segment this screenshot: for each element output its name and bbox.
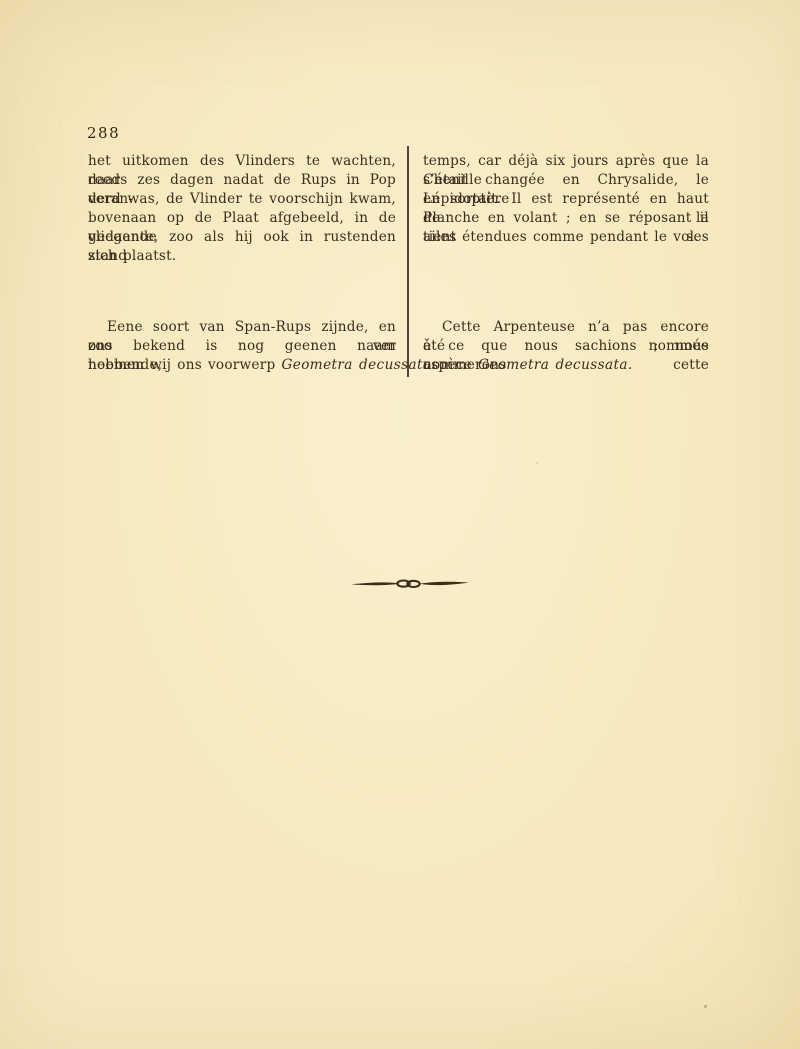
dust-speck <box>536 462 538 464</box>
right-paragraph-1: temps, car déjà six jours après que la C… <box>423 152 709 247</box>
text-line: ailes étendues comme pendant le vol. <box>423 228 709 247</box>
page-number: 288 <box>87 124 120 142</box>
left-paragraph-2: Eene soort van Span-Rups zijnde, en zoo … <box>88 318 396 375</box>
tailpiece-swash-ornament-icon <box>351 576 469 592</box>
text-line: Planche en volant ; en se réposant il ti… <box>423 209 709 228</box>
text-line: Eene soort van Span-Rups zijnde, en zoo … <box>88 318 396 337</box>
species-name-italic: Geometra decussata. <box>478 357 633 373</box>
text-segment: noemen wij ons voorwerp <box>88 357 282 373</box>
text-line: à ce que nous sachions ; nous nommerons … <box>423 337 709 356</box>
column-divider-rule <box>407 146 409 377</box>
text-line: het uitkomen des Vlinders te wachten, da… <box>88 152 396 171</box>
book-page: 288 het uitkomen des Vlinders te wachten… <box>0 0 800 1049</box>
text-line: reeds zes dagen nadat de Rups in Pop ver… <box>88 171 396 190</box>
species-name-italic: Geometra decussata. <box>282 357 437 373</box>
text-segment: espèce <box>423 357 478 373</box>
left-paragraph-1: het uitkomen des Vlinders te wachten, da… <box>88 152 396 266</box>
text-line: s’était changée en Chrysalide, le Lépido… <box>423 171 709 190</box>
text-line: en sortait. Il est représenté en haut de… <box>423 190 709 209</box>
text-line: zich plaatst. <box>88 247 396 266</box>
dust-speck <box>704 1005 707 1008</box>
text-line: derd was, de Vlinder te voorschijn kwam, <box>88 190 396 209</box>
text-line: temps, car déjà six jours après que la C… <box>423 152 709 171</box>
right-paragraph-2: Cette Arpenteuse n’a pas encore été nomm… <box>423 318 709 375</box>
text-line: noemen wij ons voorwerp Geometra decussa… <box>88 356 396 375</box>
text-line: bovenaan op de Plaat afgebeeld, in de vl… <box>88 209 396 228</box>
text-line: gedaante, zoo als hij ook in rustenden s… <box>88 228 396 247</box>
text-line: Cette Arpenteuse n’a pas encore été nomm… <box>423 318 709 337</box>
text-line: ons bekend is nog geenen naam hebbende, <box>88 337 396 356</box>
